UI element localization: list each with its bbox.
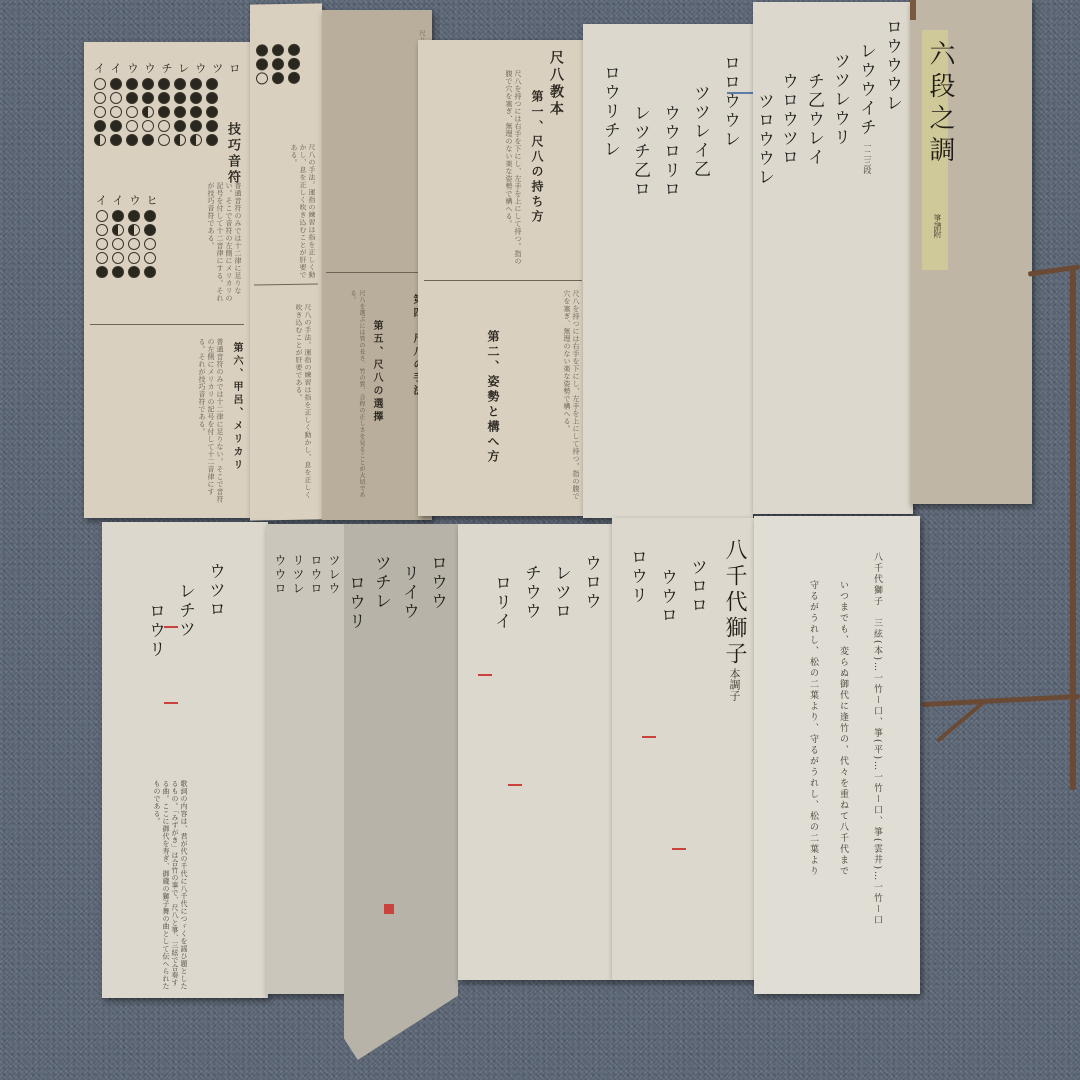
binding-cord-bottom xyxy=(922,694,1080,707)
cover-subtitle: 箏譜附 xyxy=(932,214,943,238)
yachiyo-panel-3: ロウウ リイウ ツチレ ロウリ xyxy=(344,524,458,1060)
section-title-selection: 第五、尺八の選擇 xyxy=(369,320,384,424)
notation-column: レチツ xyxy=(172,582,198,639)
marginal-note: 一二三段 xyxy=(862,142,873,174)
notation-column: ロウロ xyxy=(308,554,324,596)
notation-column: ツツレウリ xyxy=(827,52,853,147)
red-annotation xyxy=(164,626,178,628)
binding-cord-vertical xyxy=(1070,270,1076,790)
textbook-panel-fingering-chart: イイウウチレウツロ 技巧音符 イイウヒ 普通音符のみでは十二律に足りない。そこで… xyxy=(84,42,250,518)
panel-3-body-lower: 尺八を選ぶには管の長さ、竹の質、音程の正しさを見ることが大切である。 xyxy=(348,290,366,500)
notation-column: ツロウウレ xyxy=(753,92,777,187)
red-annotation xyxy=(672,848,686,850)
yachiyo-panel-commentary: ウツロ レチツ ロウリ 歌詞の内容は、君が代の千代に八千代につゞくを謡ひ題とした… xyxy=(102,522,268,998)
notation-column: ロウリ xyxy=(624,548,650,605)
notation-column: レツロ xyxy=(548,564,574,621)
notation-column: リイウ xyxy=(396,564,422,621)
notation-column: チウウ xyxy=(518,564,544,621)
divider xyxy=(424,280,582,281)
divider xyxy=(90,324,244,325)
cover-title: 六段之調 xyxy=(922,40,959,168)
pencil-mark xyxy=(727,92,753,94)
notation-column: ウロウ xyxy=(578,554,604,611)
red-annotation xyxy=(508,784,522,786)
notation-column: ウロウツロ xyxy=(775,72,801,167)
notation-column: ロウリ xyxy=(142,602,168,659)
notation-column: ウツロ xyxy=(202,562,228,619)
notation-column: ロウリチレ xyxy=(597,64,623,159)
book-title: 尺八教本 xyxy=(546,50,566,118)
notation-column: リツレ xyxy=(290,554,306,596)
manuscript-panel-left: ロロウウレ ツツレイ乙 ウウロリロ レツチ乙ロ ロウリチレ xyxy=(583,24,753,518)
notation-column: ロロウウレ xyxy=(717,54,743,149)
divider xyxy=(326,272,428,273)
textbook-panel-2: 尺八の手法。運指の練習は指を正しく動かし、息を正しく吹き込むことが肝要である。 … xyxy=(250,3,322,520)
lyrics-sheet: 八千代獅子 三絃(本)…一竹ー口、箏(平)…一竹ー口、箏(雲井)…一竹ー口 いつ… xyxy=(754,516,920,994)
lyrics-heading: 八千代獅子 三絃(本)…一竹ー口、箏(平)…一竹ー口、箏(雲井)…一竹ー口 xyxy=(871,552,884,972)
lyrics-line-2: 守るがうれし、松の二葉より、守るがうれし、松の二葉より xyxy=(807,580,820,960)
section-title-holding: 第一、尺八の持ち方 xyxy=(529,90,546,225)
fingering-dot-chart-tilted xyxy=(256,44,302,85)
fingering-header: イイウウチレウツロ xyxy=(94,60,246,76)
song-tuning: 本調子 xyxy=(726,668,742,701)
binding-cord-loop xyxy=(936,701,985,743)
yachiyo-title-panel: 八千代獅子 本調子 ツロロ ウウロ ロウリ xyxy=(612,518,756,980)
yachiyo-panel-2: ツレウ ロウロ リツレ ウウロ xyxy=(266,524,346,994)
notation-column: ウウロ xyxy=(654,568,680,625)
yachiyo-panel-4: ウロウ レツロ チウウ ロリイ xyxy=(458,524,614,980)
panel-2-body: 尺八の手法。運指の練習は指を正しく動かし、息を正しく吹き込むことが肝要である。 xyxy=(289,143,316,283)
red-annotation xyxy=(478,674,492,676)
notation-column: ウウロ xyxy=(272,554,288,596)
song-commentary: 歌詞の内容は、君が代の千代に八千代につゞくを謡ひ題としたるもの。「みずがき」は合… xyxy=(108,780,188,990)
kanro-body-text: 普通音符のみでは十二律に足りない。そこで音符の左側にメリカリの記号を付して十二音… xyxy=(197,338,224,508)
notation-column: チ乙ウレイ xyxy=(801,72,827,167)
notation-column: ツツレイ乙 xyxy=(687,84,713,179)
notation-column: レウウイチ xyxy=(853,42,879,137)
red-annotation xyxy=(384,904,394,914)
divider xyxy=(254,283,318,285)
song-title: 八千代獅子 xyxy=(719,538,750,668)
manuscript-cover: 六段之調 箏譜附 xyxy=(910,0,1032,504)
fingering-dot-chart xyxy=(94,78,220,146)
notation-column: ツレウ xyxy=(326,554,342,596)
cover-edge xyxy=(910,0,916,20)
panel-2-body-lower: 尺八の手法。運指の練習は指を正しく動かし、息を正しく吹き込むことが肝要である。 xyxy=(294,304,312,504)
lyrics-line-1: いつまでも、変らぬ御代に逢竹の、代々を重ねて八千代まで xyxy=(837,580,850,960)
section-title-kanro-merikari: 第六、甲呂、メリカリ xyxy=(229,342,244,472)
red-annotation xyxy=(642,736,656,738)
notation-column: ウウロリロ xyxy=(657,104,683,199)
notation-column: ロウウウレ xyxy=(879,18,905,113)
manuscript-panel-right: ロウウウレ レウウイチ ツツレウリ チ乙ウレイ ウロウツロ ツロウウレ 一二三段 xyxy=(753,2,913,514)
red-annotation xyxy=(164,702,178,704)
textbook-panel-intro: 尺八教本 第一、尺八の持ち方 尺八を持つには右手を下にし、左手を上にして持つ。指… xyxy=(418,40,588,516)
notation-column: レツチ乙ロ xyxy=(627,104,653,199)
notation-column: ロウウ xyxy=(424,554,450,611)
textbook-panel-3: 尺八を選ぶには管の長さ、竹の質、音程の正しさを見ることが大切である。 第四、尺八… xyxy=(322,10,432,520)
section-title-technique-notes: 技巧音符 xyxy=(223,122,242,186)
notation-column: ロウリ xyxy=(344,574,368,631)
fingering-dot-chart-small xyxy=(96,210,158,278)
fingering-header-small: イイウヒ xyxy=(96,192,163,208)
section-title-posture: 第二、姿勢と構へ方 xyxy=(485,330,502,465)
posture-body-text: 尺八を持つには右手を下にし、左手を上にして持つ。指の腹で穴を塞ぎ、無理のない楽な… xyxy=(562,290,580,500)
notation-column: ツチレ xyxy=(368,554,394,611)
technique-body-text: 普通音符のみでは十二律に足りない。そこで音符の左側にメリカリの記号を付して十二音… xyxy=(206,182,242,302)
notation-column: ツロロ xyxy=(684,558,710,615)
notation-column: ロリイ xyxy=(488,574,514,631)
intro-body-text: 尺八を持つには右手を下にし、左手を上にして持つ。指の腹で穴を塞ぎ、無理のない楽な… xyxy=(504,70,522,270)
